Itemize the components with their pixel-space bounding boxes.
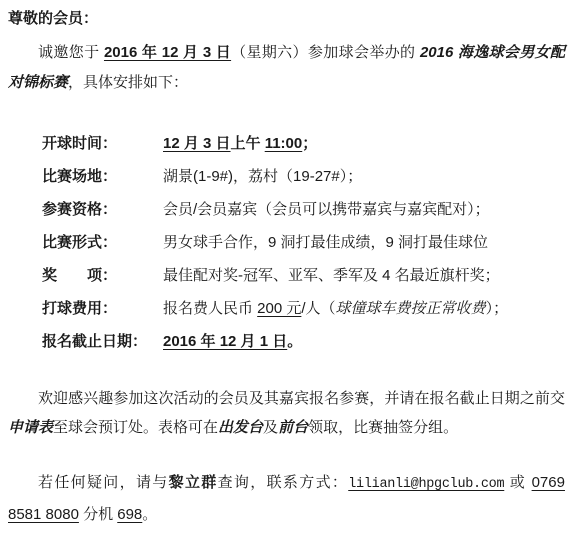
text-run: 。 [287,333,302,350]
contact-extension: 698 [117,506,142,523]
detail-value: 会员/会员嘉宾（会员可以携带嘉宾与嘉宾配对）； [163,200,565,220]
text-run: 诚邀您于 [38,44,104,61]
event-date: 2016 年 12 月 3 日 [104,44,231,61]
text-run: 查询，联系方式： [218,474,349,491]
contact-email: lilianli@hpgclub.com [348,477,504,492]
contact-paragraph: 若任何疑问，请与黎立群查询，联系方式：lilianli@hpgclub.com … [8,468,565,530]
detail-value: 2016 年 12 月 1 日。 [163,332,565,352]
registration-paragraph: 欢迎感兴趣参加这次活动的会员及其嘉宾报名参赛，并请在报名截止日期之前交申请表至球… [8,384,565,442]
text-run: ）； [486,300,509,317]
detail-label: 奖 项： [42,266,163,286]
text-run: 分机 [79,506,117,523]
detail-label: 开球时间： [42,134,163,154]
text-run: ，具体安排如下： [68,74,188,91]
detail-value: 报名费人民币 200 元/人（球僮球车费按正常收费）； [163,299,565,319]
detail-label: 参赛资格： [42,200,163,220]
detail-row: 打球费用：报名费人民币 200 元/人（球僮球车费按正常收费）； [42,299,565,319]
text-run: 领取，比赛抽签分组。 [308,419,458,436]
event-details-list: 开球时间：12 月 3 日上午 11:00；比赛场地：湖景(1-9#)，荔村（1… [42,134,565,352]
front-desk: 前台 [278,419,308,436]
detail-label: 报名截止日期： [42,332,163,352]
text-run: 上午 [231,135,265,152]
entry-fee: 200 元 [257,300,301,317]
detail-row: 开球时间：12 月 3 日上午 11:00； [42,134,565,154]
detail-value: 12 月 3 日上午 11:00； [163,134,565,154]
text-run: 报名费人民币 [163,300,257,317]
detail-row: 比赛场地：湖景(1-9#)，荔村（19-27#）； [42,167,565,187]
eligibility: 会员/会员嘉宾（会员可以携带嘉宾与嘉宾配对）； [163,201,490,218]
detail-row: 报名截止日期：2016 年 12 月 1 日。 [42,332,565,352]
detail-value: 最佳配对奖-冠军、亚军、季军及 4 名最近旗杆奖； [163,266,565,286]
venue: 湖景(1-9#)，荔村（19-27#）； [163,168,362,185]
application-form: 申请表 [8,419,53,436]
invitation-document: 尊敬的会员： 诚邀您于 2016 年 12 月 3 日（星期六）参加球会举办的 … [8,8,565,530]
text-run: 欢迎感兴趣参加这次活动的会员及其嘉宾报名参赛，并请在报名截止日期之前交 [38,390,565,407]
text-run: 若任何疑问，请与 [38,474,169,491]
tee-off-time: 11:00 [265,135,303,152]
text-run: 或 [504,474,531,491]
contact-person: 黎立群 [169,474,218,491]
detail-label: 打球费用： [42,299,163,319]
detail-label: 比赛场地： [42,167,163,187]
text-run: 至球会预订处。表格可在 [53,419,218,436]
detail-value: 男女球手合作，9 洞打最佳成绩，9 洞打最佳球位 [163,233,565,253]
detail-value: 湖景(1-9#)，荔村（19-27#）； [163,167,565,187]
detail-label: 比赛形式： [42,233,163,253]
starter-desk: 出发台 [218,419,263,436]
tee-off-date: 12 月 3 日 [163,135,231,152]
text-run: ； [302,135,317,152]
text-run: 及 [263,419,278,436]
registration-deadline: 2016 年 12 月 1 日 [163,333,287,350]
salutation: 尊敬的会员： [8,8,565,30]
format: 男女球手合作，9 洞打最佳成绩，9 洞打最佳球位 [163,234,488,251]
detail-row: 奖 项：最佳配对奖-冠军、亚军、季军及 4 名最近旗杆奖； [42,266,565,286]
detail-row: 比赛形式：男女球手合作，9 洞打最佳成绩，9 洞打最佳球位 [42,233,565,253]
intro-paragraph: 诚邀您于 2016 年 12 月 3 日（星期六）参加球会举办的 2016 海逸… [8,38,565,98]
text-run: 。 [142,506,157,523]
text-run: /人（ [301,300,335,317]
text-run: （星期六）参加球会举办的 [231,44,420,61]
prizes: 最佳配对奖-冠军、亚军、季军及 4 名最近旗杆奖； [163,267,500,284]
detail-row: 参赛资格：会员/会员嘉宾（会员可以携带嘉宾与嘉宾配对）； [42,200,565,220]
text-run: 球僮球车费按正常收费 [336,300,486,317]
